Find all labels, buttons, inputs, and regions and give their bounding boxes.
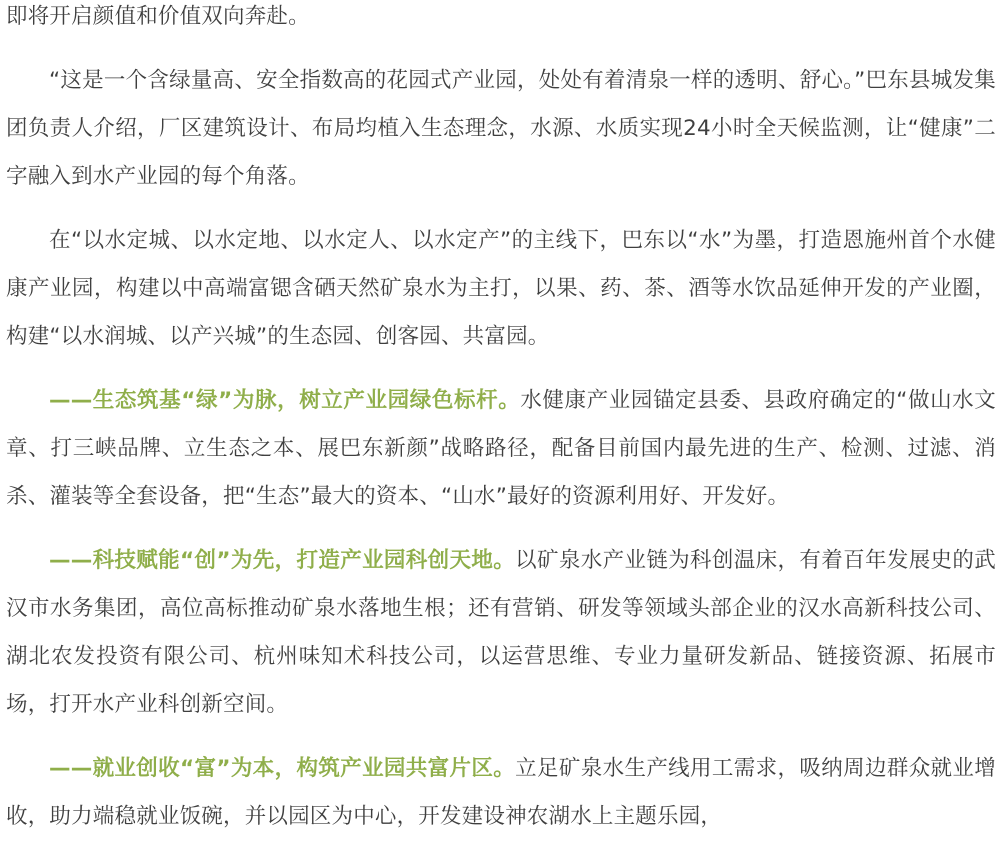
- paragraph-text: 以矿泉水产业链为科创温床，有着百年发展史的武汉市水务集团，高位高标推动矿泉水落地…: [6, 548, 996, 717]
- paragraph-intro-tail: 即将开启颜值和价值双向奔赴。: [6, 0, 996, 41]
- paragraph-text: 即将开启颜值和价值双向奔赴。: [6, 4, 310, 29]
- paragraph-mainline: 在“以水定城、以水定地、以水定人、以水定产”的主线下，巴东以“水”为墨，打造恩施…: [6, 217, 996, 361]
- paragraph-employment: ——就业创收“富”为本，构筑产业园共富片区。立足矿泉水生产线用工需求，吸纳周边群…: [6, 745, 996, 841]
- section-heading-technology: ——科技赋能“创”为先，打造产业园科创天地。: [49, 548, 515, 573]
- section-heading-ecology: ——生态筑基“绿”为脉，树立产业园绿色标杆。: [49, 388, 520, 413]
- paragraph-technology: ——科技赋能“创”为先，打造产业园科创天地。以矿泉水产业链为科创温床，有着百年发…: [6, 537, 996, 729]
- paragraph-text: 在“以水定城、以水定地、以水定人、以水定产”的主线下，巴东以“水”为墨，打造恩施…: [6, 228, 996, 349]
- article-body: 即将开启颜值和价值双向奔赴。 “这是一个含绿量高、安全指数高的花园式产业园，处处…: [6, 0, 996, 851]
- paragraph-ecology: ——生态筑基“绿”为脉，树立产业园绿色标杆。水健康产业园锚定县委、县政府确定的“…: [6, 377, 996, 521]
- paragraph-quote: “这是一个含绿量高、安全指数高的花园式产业园，处处有着清泉一样的透明、舒心。”巴…: [6, 57, 996, 201]
- paragraph-text: “这是一个含绿量高、安全指数高的花园式产业园，处处有着清泉一样的透明、舒心。”巴…: [6, 68, 996, 189]
- section-heading-employment: ——就业创收“富”为本，构筑产业园共富片区。: [49, 756, 515, 781]
